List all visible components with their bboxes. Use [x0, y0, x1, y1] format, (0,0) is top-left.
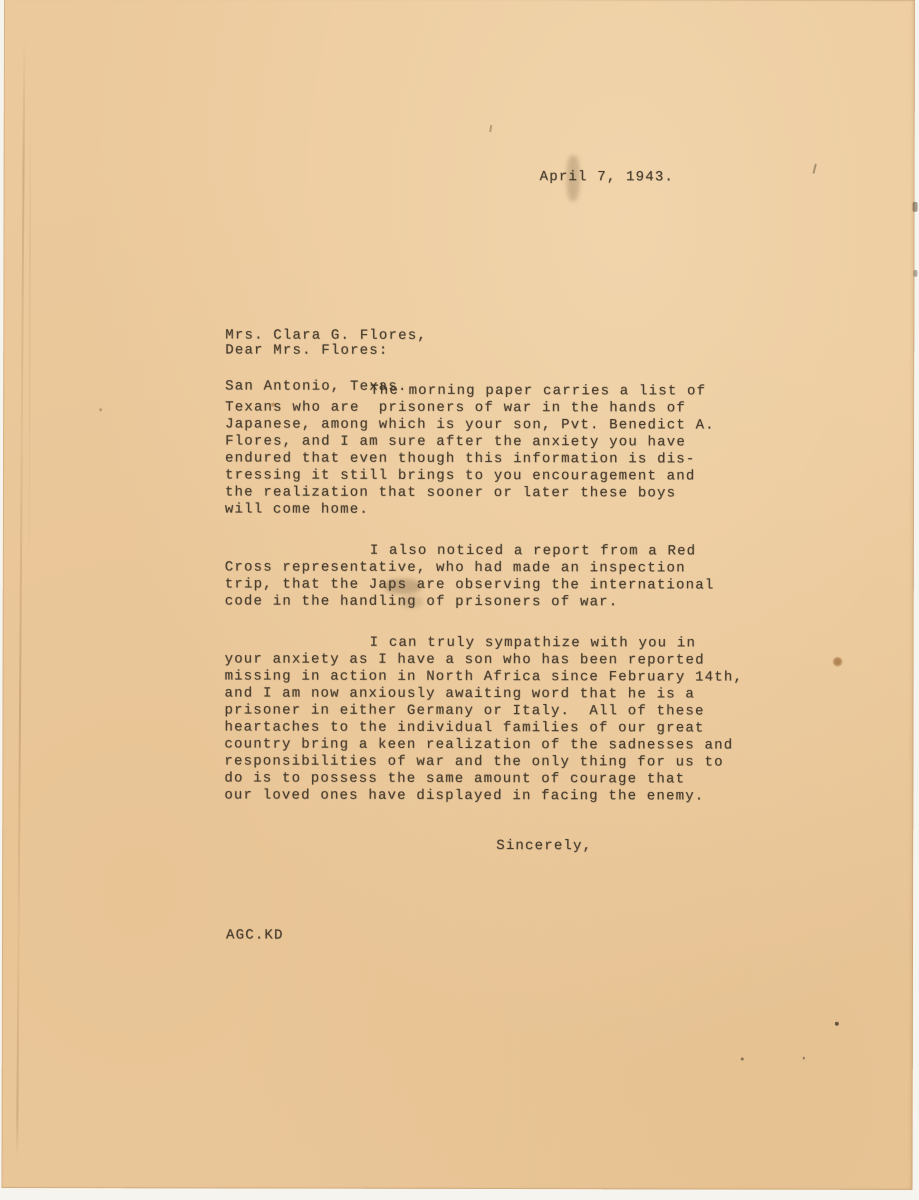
letter-line: missing in action in North Africa since …: [225, 668, 785, 686]
letter-line: country bring a keen realization of the …: [224, 736, 784, 754]
letter-paragraph: I can truly sympathize with you inyour a…: [224, 634, 784, 805]
paper-speck: [835, 1022, 839, 1026]
closing: Sincerely,: [496, 838, 592, 855]
stain-spot: [833, 657, 843, 667]
letter-line: the realization that sooner or later the…: [225, 484, 785, 502]
scanned-letter: April 7, 1943. Mrs. Clara G. Flores, San…: [0, 0, 919, 1200]
salutation: Dear Mrs. Flores:: [225, 342, 388, 359]
letter-line: Flores, and I am sure after the anxiety …: [225, 433, 785, 451]
edge-mark: [913, 270, 917, 277]
letter-line: your anxiety as I have a son who has bee…: [225, 651, 785, 669]
letter-line: I also noticed a report from a Red: [225, 542, 785, 560]
letter-line: trip, that the Japs are observing the in…: [225, 576, 785, 594]
paper-speck: [741, 1058, 744, 1061]
edge-mark: [913, 202, 918, 212]
letter-line: Cross representative, who had made an in…: [225, 559, 785, 577]
letter-line: prisoner in either Germany or Italy. All…: [224, 702, 784, 720]
pencil-mark: [812, 164, 816, 174]
letter-paragraph: The morning paper carries a list ofTexan…: [225, 382, 785, 519]
letter-line: will come home.: [225, 501, 785, 519]
typist-initials: AGC.KD: [226, 927, 284, 944]
letter-line: Texans who are prisoners of war in the h…: [225, 399, 785, 417]
letter-line: Japanese, among which is your son, Pvt. …: [225, 416, 785, 434]
letter-date: April 7, 1943.: [540, 169, 674, 186]
letter-line: The morning paper carries a list of: [225, 382, 785, 400]
letter-line: heartaches to the individual families of…: [224, 719, 784, 737]
letter-paper: April 7, 1943. Mrs. Clara G. Flores, San…: [2, 0, 915, 1190]
letter-line: our loved ones have displayed in facing …: [224, 787, 784, 805]
letter-line: responsibilities of war and the only thi…: [224, 753, 784, 771]
letter-line: I can truly sympathize with you in: [225, 634, 785, 652]
letter-line: do is to possess the same amount of cour…: [224, 770, 784, 788]
letter-body: The morning paper carries a list ofTexan…: [224, 382, 785, 805]
letter-line: code in the handling of prisoners of war…: [225, 593, 785, 611]
paper-crease: [16, 38, 25, 1158]
letter-line: and I am now anxiously awaiting word tha…: [225, 685, 785, 703]
pencil-mark: [489, 125, 492, 132]
paper-speck: [803, 1057, 805, 1060]
letter-paragraph: I also noticed a report from a RedCross …: [225, 542, 785, 611]
letter-line: tressing it still brings to you encourag…: [225, 467, 785, 485]
paper-crease: [29, 108, 31, 588]
letter-line: endured that even though this informatio…: [225, 450, 785, 468]
paper-speck: [99, 408, 102, 411]
